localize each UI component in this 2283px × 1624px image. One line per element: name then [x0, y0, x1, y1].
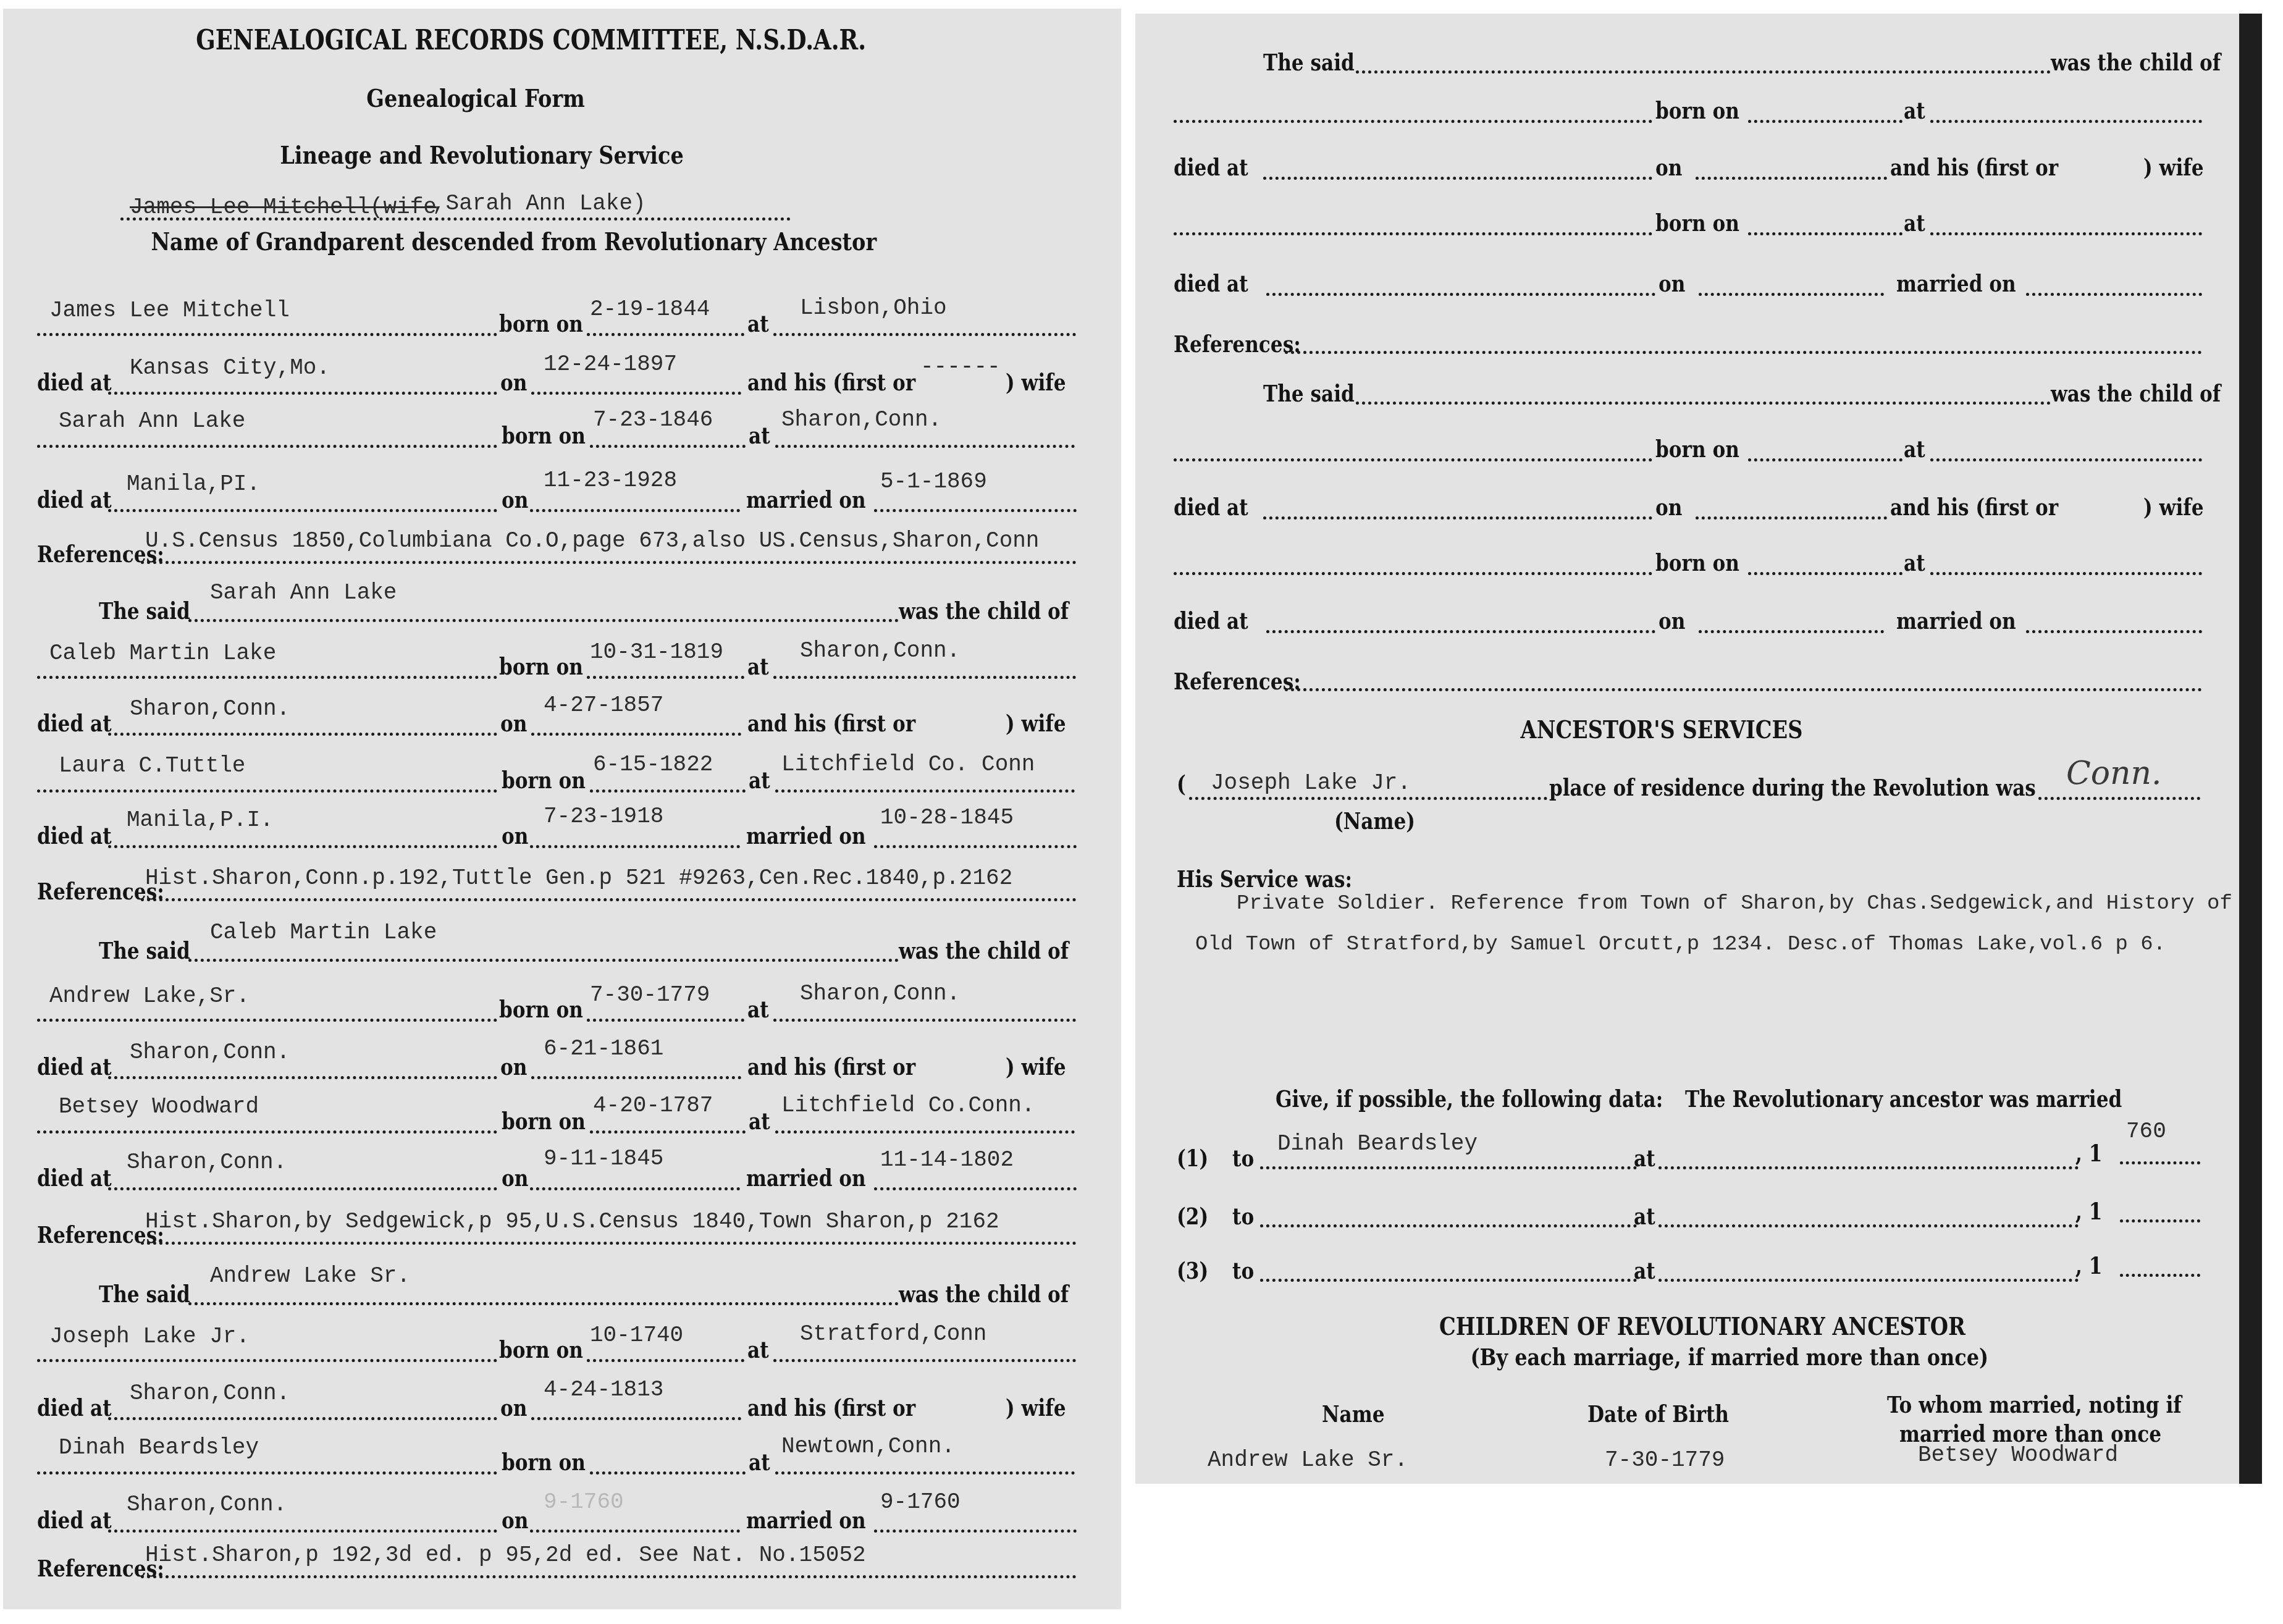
died-at-label: died at — [1174, 156, 1248, 179]
father-born-on-line — [587, 1359, 744, 1362]
col-header-dob: Date of Birth — [1587, 1402, 1729, 1426]
marriage-year-line — [2120, 1274, 2200, 1277]
residence-label: place of residence during the Revolution… — [1549, 776, 2036, 799]
marriage-to-line — [1260, 1224, 1637, 1227]
and-his-first-or-label: and his (first or — [1890, 156, 2058, 179]
residence-value[interactable]: Conn. — [2066, 757, 2162, 789]
father-born-on-line — [587, 676, 744, 679]
grandparent-line — [120, 217, 791, 221]
died-at-label: died at — [37, 712, 112, 735]
father-born-at-line — [773, 676, 1076, 679]
said-line — [1356, 402, 2051, 405]
father-born-at-line — [773, 333, 1076, 336]
mother-born-at-line — [775, 1471, 1075, 1475]
marriage-to-label: to — [1232, 1146, 1254, 1170]
mother-born-at[interactable]: Sharon,Conn. — [781, 409, 941, 431]
marriage-spouse[interactable]: Dinah Beardsley — [1277, 1133, 1478, 1155]
married-on-label: married on — [746, 488, 866, 511]
at-label: at — [749, 1109, 770, 1133]
said-name[interactable]: Andrew Lake Sr. — [210, 1265, 410, 1287]
died-at-label: died at — [37, 1396, 112, 1420]
spouse-born-at-line — [1930, 572, 2202, 575]
references-line — [1285, 351, 2202, 354]
the-said-label: The said — [1263, 382, 1355, 405]
died-at-line — [1263, 516, 1652, 520]
mother-born-at[interactable]: Litchfield Co.Conn. — [781, 1095, 1035, 1117]
father-born-at[interactable]: Lisbon,Ohio — [800, 297, 947, 319]
mother-died-at[interactable]: Manila,P.I. — [127, 809, 274, 831]
father-born-at[interactable]: Sharon,Conn. — [800, 983, 960, 1005]
spouse-name-line — [1174, 232, 1652, 235]
born-on-label: born on — [1655, 211, 1739, 235]
mother-born-at[interactable]: Newtown,Conn. — [781, 1436, 955, 1458]
married-on-line — [874, 845, 1077, 848]
died-at-label: died at — [37, 1166, 112, 1190]
father-died-at[interactable]: Sharon,Conn. — [130, 1041, 290, 1064]
father-died-at-line — [108, 1076, 497, 1079]
child-name: Andrew Lake Sr. — [1208, 1449, 1408, 1471]
wife-label: ) wife — [1006, 371, 1066, 394]
father-name[interactable]: Andrew Lake,Sr. — [49, 985, 250, 1008]
father-died-on-line — [531, 392, 741, 395]
col-header-name: Name — [1322, 1402, 1384, 1426]
father-died-at[interactable]: Kansas City,Mo. — [130, 357, 330, 379]
born-on-label: born on — [1655, 551, 1739, 574]
marriage-at-label: at — [1634, 1205, 1655, 1228]
born-on-label: born on — [1655, 99, 1739, 122]
grandparent-value: ,Sarah Ann Lake) — [432, 193, 646, 215]
mother-died-at-line — [108, 1187, 497, 1190]
spouse-died-on-line — [1699, 293, 1884, 296]
wife-label: ) wife — [1006, 1396, 1066, 1420]
father-died-at[interactable]: Sharon,Conn. — [130, 1382, 290, 1405]
died-on-line — [1696, 516, 1887, 520]
page-edge-shadow — [2239, 14, 2262, 1484]
father-name[interactable]: Joseph Lake Jr. — [49, 1326, 250, 1348]
married-on-label: married on — [746, 824, 866, 848]
services-title: ANCESTOR'S SERVICES — [1521, 718, 1791, 743]
father-died-at[interactable]: Sharon,Conn. — [130, 698, 290, 720]
marriage-to-line — [1260, 1166, 1637, 1169]
on-label: on — [500, 1396, 527, 1420]
marriages-intro-right: The Revolutionary ancestor was married — [1685, 1087, 2122, 1111]
father-born-on[interactable]: 10-31-1819 — [590, 641, 723, 663]
mother-died-on[interactable]: 7-23-1918 — [544, 806, 663, 828]
father-died-at-line — [108, 733, 497, 736]
spouse-died-at-line — [1266, 630, 1655, 633]
on-label: on — [502, 1166, 528, 1190]
mother-born-at[interactable]: Litchfield Co. Conn — [781, 754, 1035, 776]
marriage-year-prefix: , 1 — [2075, 1200, 2102, 1223]
marriage-at-line — [1659, 1279, 2079, 1282]
died-at-label: died at — [1174, 609, 1248, 633]
died-at-label: died at — [37, 824, 112, 848]
marriages-intro-left: Give, if possible, the following data: — [1276, 1087, 1663, 1111]
said-name[interactable]: Caleb Martin Lake — [210, 922, 437, 944]
mother-died-on[interactable]: 9-11-1845 — [544, 1148, 663, 1170]
at-label: at — [749, 424, 770, 447]
name-caption: (Name) — [1334, 809, 1415, 833]
father-died-at-line — [108, 392, 497, 395]
name-open-paren: ( — [1177, 772, 1186, 796]
father-name-line — [37, 1019, 497, 1022]
was-child-of-label: was the child of — [899, 939, 1069, 962]
the-said-label: The said — [1263, 51, 1355, 74]
born-on-label: born on — [499, 312, 583, 335]
father-name-line — [37, 333, 497, 336]
at-label: at — [747, 1338, 769, 1361]
at-label: at — [747, 312, 769, 335]
married-on[interactable]: 5-1-1869 — [880, 471, 987, 493]
name-line — [1174, 458, 1652, 461]
mother-born-on-line — [590, 1130, 746, 1134]
at-label: at — [1904, 211, 1925, 235]
born-on-label: born on — [502, 1450, 586, 1474]
married-on-label: married on — [1896, 609, 2016, 633]
marriage-year-line — [2120, 1219, 2200, 1222]
mother-born-on[interactable]: 4-20-1787 — [593, 1095, 713, 1117]
born-on-label: born on — [502, 424, 586, 447]
grandparent-struck: James Lee Mitchell(wife — [130, 196, 437, 219]
father-born-on[interactable]: 10-1740 — [590, 1324, 683, 1347]
mother-born-on-line — [590, 789, 746, 793]
father-name[interactable]: Caleb Martin Lake — [49, 642, 276, 665]
born-at-line — [1930, 458, 2202, 461]
references-value[interactable]: U.S.Census 1850,Columbiana Co.O,page 673… — [145, 530, 1039, 552]
on-label: on — [1655, 156, 1682, 179]
born-on-label: born on — [502, 768, 586, 792]
mother-name[interactable]: Dinah Beardsley — [59, 1437, 259, 1459]
mother-died-on-faint[interactable]: 9-1760 — [544, 1491, 624, 1513]
mother-name-line — [37, 1471, 497, 1475]
at-label: at — [1904, 437, 1925, 461]
the-said-label: The said — [99, 1282, 190, 1306]
and-his-first-or-label: and his (first or — [747, 371, 915, 394]
form-subtitle: Lineage and Revolutionary Service — [274, 143, 689, 168]
married-on-line — [874, 1529, 1077, 1533]
at-label: at — [1904, 551, 1925, 574]
mother-born-at-line — [775, 445, 1075, 448]
on-label: on — [1659, 272, 1685, 295]
married-on-label: married on — [1896, 272, 2016, 295]
service-line-1: Private Soldier. Reference from Town of … — [1237, 893, 2232, 914]
at-label: at — [749, 1450, 770, 1474]
born-on-label: born on — [499, 998, 583, 1021]
child-dob: 7-30-1779 — [1605, 1449, 1725, 1471]
father-died-on-line — [531, 1076, 741, 1079]
marriage-at-line — [1659, 1224, 2079, 1227]
said-line — [188, 959, 899, 962]
father-name[interactable]: James Lee Mitchell — [49, 300, 290, 322]
died-at-label: died at — [37, 488, 112, 511]
married-on-label: married on — [746, 1166, 866, 1190]
mother-died-at-line — [108, 845, 497, 848]
spouse-born-on-line — [1748, 572, 1903, 575]
mother-name-line — [37, 1130, 497, 1134]
died-at-label: died at — [1174, 272, 1248, 295]
was-child-of-label: was the child of — [2051, 51, 2221, 74]
grandparent-label: Name of Grandparent descended from Revol… — [151, 230, 763, 255]
references-line — [141, 898, 1077, 901]
born-on-label: born on — [499, 655, 583, 678]
mother-born-at-line — [775, 789, 1075, 793]
col-header-married: To whom married, noting if — [1887, 1393, 2182, 1416]
mother-name[interactable]: Sarah Ann Lake — [59, 410, 245, 432]
references-label: References: — [1174, 332, 1301, 356]
married-on[interactable]: 11-14-1802 — [880, 1149, 1014, 1171]
spouse-born-at-line — [1930, 232, 2202, 235]
spouse-born-on-line — [1748, 232, 1903, 235]
father-born-on-line — [587, 1019, 744, 1022]
residence-line — [2038, 797, 2200, 800]
marriage-year-prefix: , 1 — [2075, 1142, 2102, 1165]
children-title: CHILDREN OF REVOLUTIONARY ANCESTOR — [1439, 1315, 1958, 1339]
said-line — [188, 1302, 899, 1305]
mother-name[interactable]: Laura C.Tuttle — [59, 755, 245, 777]
spouse-name-line — [1174, 572, 1652, 575]
references-value[interactable]: Hist.Sharon,by Sedgewick,p 95,U.S.Census… — [145, 1211, 999, 1233]
father-born-at-line — [773, 1019, 1076, 1022]
died-at-label: died at — [37, 1055, 112, 1079]
on-label: on — [500, 1055, 527, 1079]
on-label: on — [502, 1508, 528, 1532]
service-line-2: Old Town of Stratford,by Samuel Orcutt,p… — [1195, 934, 2166, 955]
born-on-line — [1748, 458, 1903, 461]
marriage-year-prefix: , 1 — [2075, 1254, 2102, 1277]
and-his-first-or-label: and his (first or — [747, 1396, 915, 1420]
on-label: on — [502, 488, 528, 511]
died-at-label: died at — [37, 371, 112, 394]
born-on-line — [1748, 120, 1903, 123]
said-name[interactable]: Sarah Ann Lake — [210, 582, 397, 604]
father-name-line — [37, 676, 497, 679]
mother-died-on-line — [530, 1187, 740, 1190]
at-label: at — [747, 655, 769, 678]
committee-title: GENEALOGICAL RECORDS COMMITTEE, N.S.D.A.… — [196, 27, 762, 54]
married-on-line — [874, 509, 1077, 512]
at-label: at — [749, 768, 770, 792]
the-said-label: The said — [99, 939, 190, 962]
on-label: on — [500, 371, 527, 394]
born-on-label: born on — [502, 1109, 586, 1133]
mother-died-on-line — [530, 509, 740, 512]
said-line — [188, 619, 899, 622]
mother-died-on-line — [530, 845, 740, 848]
name-line — [1174, 120, 1652, 123]
mother-name-line — [37, 789, 497, 793]
married-on-line — [2026, 293, 2202, 296]
mother-born-on-line — [590, 1471, 746, 1475]
father-died-on[interactable]: 4-24-1813 — [544, 1379, 663, 1401]
mother-name-line — [37, 445, 497, 448]
marriage-to-line — [1260, 1279, 1637, 1282]
ancestor-name[interactable]: Joseph Lake Jr. — [1211, 772, 1411, 794]
said-line — [1356, 70, 2051, 74]
wife-label: ) wife — [1006, 1055, 1066, 1079]
mother-died-at[interactable]: Sharon,Conn. — [127, 1151, 287, 1174]
wife-order[interactable]: ------ — [920, 356, 1001, 378]
father-died-on[interactable]: 4-27-1857 — [544, 694, 663, 717]
mother-died-at[interactable]: Sharon,Conn. — [127, 1494, 287, 1516]
mother-name[interactable]: Betsey Woodward — [59, 1096, 259, 1118]
marriage-to-label: to — [1232, 1259, 1254, 1282]
father-born-on-line — [587, 333, 744, 336]
references-line — [1285, 688, 2202, 691]
references-value[interactable]: Hist.Sharon,p 192,3d ed. p 95,2d ed. See… — [145, 1544, 866, 1567]
marriage-number: (1) — [1177, 1146, 1208, 1170]
mother-died-on-line — [530, 1529, 740, 1533]
ancestor-name-line — [1189, 797, 1547, 800]
died-on-line — [1696, 177, 1887, 180]
was-child-of-label: was the child of — [899, 599, 1069, 623]
married-on-line — [874, 1187, 1077, 1190]
mother-born-on-line — [590, 445, 746, 448]
married-on-line — [2026, 630, 2202, 633]
on-label: on — [1655, 495, 1682, 519]
on-label: on — [500, 712, 527, 735]
references-line — [141, 561, 1077, 564]
was-child-of-label: was the child of — [2051, 382, 2221, 405]
service-label: His Service was: — [1177, 867, 1352, 891]
spouse-died-at-line — [1266, 293, 1655, 296]
form-title: Genealogical Form — [325, 86, 626, 111]
marriage-number: (3) — [1177, 1259, 1208, 1282]
on-label: on — [502, 824, 528, 848]
father-died-on[interactable]: 12-24-1897 — [544, 353, 677, 376]
was-child-of-label: was the child of — [899, 1282, 1069, 1306]
and-his-first-or-label: and his (first or — [1890, 495, 2058, 519]
born-on-label: born on — [1655, 437, 1739, 461]
and-his-first-or-label: and his (first or — [747, 1055, 915, 1079]
father-died-on-line — [531, 733, 741, 736]
marriage-at-label: at — [1634, 1259, 1655, 1282]
born-on-label: born on — [499, 1338, 583, 1361]
father-died-on[interactable]: 6-21-1861 — [544, 1038, 663, 1060]
father-died-at-line — [108, 1417, 497, 1420]
marriage-at-line — [1659, 1166, 2079, 1169]
married-on[interactable]: 10-28-1845 — [880, 807, 1014, 829]
marriage-year[interactable]: 760 — [2126, 1121, 2166, 1143]
marriage-to-label: to — [1232, 1205, 1254, 1228]
references-line — [141, 1575, 1077, 1578]
at-label: at — [747, 998, 769, 1021]
marriage-at-label: at — [1634, 1146, 1655, 1170]
died-at-label: died at — [37, 1508, 112, 1532]
father-died-on-line — [531, 1417, 741, 1420]
died-at-line — [1263, 177, 1652, 180]
father-born-at[interactable]: Stratford,Conn — [800, 1323, 986, 1345]
father-born-on[interactable]: 2-19-1844 — [590, 298, 710, 321]
mother-died-at-line — [108, 509, 497, 512]
at-label: at — [1904, 99, 1925, 122]
married-on[interactable]: 9-1760 — [880, 1491, 961, 1513]
father-name-line — [37, 1359, 497, 1362]
the-said-label: The said — [99, 599, 190, 623]
and-his-first-or-label: and his (first or — [747, 712, 915, 735]
child-spouse: Betsey Woodward — [1918, 1444, 2118, 1466]
wife-label: ) wife — [2143, 495, 2203, 519]
born-at-line — [1930, 120, 2202, 123]
wife-label: ) wife — [2143, 156, 2203, 179]
marriage-year-line — [2120, 1161, 2200, 1164]
mother-died-at[interactable]: Manila,PI. — [127, 473, 260, 495]
mother-born-on[interactable]: 6-15-1822 — [593, 754, 713, 776]
mother-died-at-line — [108, 1529, 497, 1533]
married-on-label: married on — [746, 1508, 866, 1532]
died-at-label: died at — [1174, 495, 1248, 519]
references-line — [141, 1242, 1077, 1245]
father-born-at-line — [773, 1359, 1076, 1362]
on-label: on — [1659, 609, 1685, 633]
mother-born-on[interactable]: 7-23-1846 — [593, 409, 713, 431]
father-born-at[interactable]: Sharon,Conn. — [800, 640, 960, 662]
wife-label: ) wife — [1006, 712, 1066, 735]
mother-born-at-line — [775, 1130, 1075, 1134]
references-label: References: — [1174, 670, 1301, 693]
marriage-number: (2) — [1177, 1205, 1208, 1228]
father-born-on[interactable]: 7-30-1779 — [590, 984, 710, 1006]
mother-died-on[interactable]: 11-23-1928 — [544, 469, 677, 492]
children-subtitle: (By each marriage, if married more than … — [1470, 1345, 1927, 1369]
references-value[interactable]: Hist.Sharon,Conn.p.192,Tuttle Gen.p 521 … — [145, 867, 1012, 890]
spouse-died-on-line — [1699, 630, 1884, 633]
